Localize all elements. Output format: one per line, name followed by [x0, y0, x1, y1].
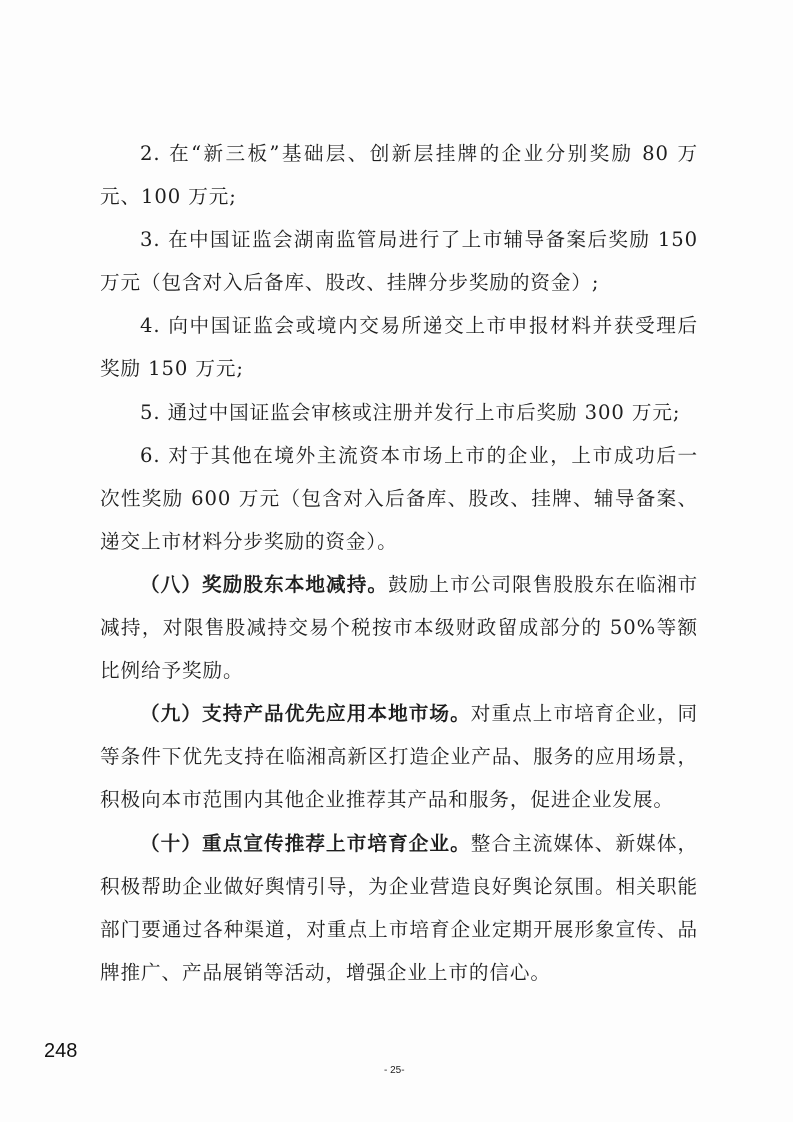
paragraph-text: 2. 在“新三板”基础层、创新层挂牌的企业分别奖励 80 万元、100 万元; — [100, 142, 698, 208]
list-item-6: 6. 对于其他在境外主流资本市场上市的企业，上市成功后一次性奖励 600 万元（… — [100, 434, 698, 563]
list-item-4: 4. 向中国证监会或境内交易所递交上市申报材料并获受理后奖励 150 万元; — [100, 304, 698, 390]
section-8-heading: （八）奖励股东本地减持。 — [140, 573, 388, 596]
paragraph-text: 5. 通过中国证监会审核或注册并发行上市后奖励 300 万元; — [140, 401, 680, 424]
list-item-5: 5. 通过中国证监会审核或注册并发行上市后奖励 300 万元; — [100, 391, 698, 434]
section-10-heading: （十）重点宣传推荐上市培育企业。 — [140, 832, 471, 855]
section-9-paragraph: （九）支持产品优先应用本地市场。对重点上市培育企业，同等条件下优先支持在临湘高新… — [100, 692, 698, 821]
section-9-heading: （九）支持产品优先应用本地市场。 — [140, 702, 471, 725]
paragraph-text: 4. 向中国证监会或境内交易所递交上市申报材料并获受理后奖励 150 万元; — [100, 314, 698, 380]
paragraph-text: 3. 在中国证监会湖南监管局进行了上市辅导备案后奖励 150 万元（包含对入后备… — [100, 228, 698, 294]
section-8-paragraph: （八）奖励股东本地减持。鼓励上市公司限售股股东在临湘市减持，对限售股减持交易个税… — [100, 563, 698, 692]
page-number: - 25- — [384, 1065, 405, 1076]
list-item-3: 3. 在中国证监会湖南监管局进行了上市辅导备案后奖励 150 万元（包含对入后备… — [100, 218, 698, 304]
document-body: 2. 在“新三板”基础层、创新层挂牌的企业分别奖励 80 万元、100 万元; … — [100, 132, 698, 994]
stamp-number: 248 — [44, 1040, 77, 1063]
section-10-paragraph: （十）重点宣传推荐上市培育企业。整合主流媒体、新媒体，积极帮助企业做好舆情引导，… — [100, 822, 698, 994]
document-page: 2. 在“新三板”基础层、创新层挂牌的企业分别奖励 80 万元、100 万元; … — [0, 0, 793, 1122]
paragraph-text: 6. 对于其他在境外主流资本市场上市的企业，上市成功后一次性奖励 600 万元（… — [100, 444, 698, 553]
list-item-2: 2. 在“新三板”基础层、创新层挂牌的企业分别奖励 80 万元、100 万元; — [100, 132, 698, 218]
